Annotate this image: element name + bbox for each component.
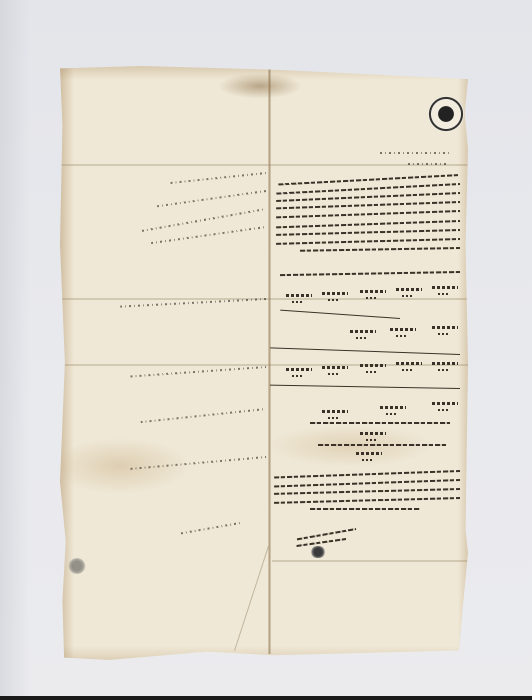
horizontal-fold-line (60, 164, 468, 166)
faded-text-line (130, 456, 266, 470)
table-entry (432, 402, 458, 412)
text-line (274, 488, 460, 494)
table-rule (270, 385, 460, 389)
table-entry (360, 290, 386, 300)
table-rule (270, 347, 460, 355)
table-entry (396, 288, 422, 298)
table-entry (356, 452, 382, 462)
table-entry (390, 328, 416, 338)
horizontal-fold-line (272, 560, 468, 562)
text-line (310, 422, 450, 424)
table-entry (322, 292, 348, 302)
text-line (274, 497, 460, 503)
table-entry (432, 362, 458, 372)
seal-stamp (310, 546, 326, 558)
faded-text-line (170, 172, 266, 184)
text-line (276, 229, 460, 235)
faded-text-line (151, 226, 266, 244)
header-line (408, 163, 448, 165)
table-row-header (280, 271, 460, 276)
table-entry (350, 330, 376, 340)
table-entry (432, 326, 458, 336)
text-line (276, 210, 460, 218)
bottom-border (0, 696, 532, 700)
table-entry (432, 286, 458, 296)
faded-text-line (130, 366, 266, 377)
official-seal-icon (428, 96, 464, 132)
table-entry (380, 406, 406, 416)
table-entry (396, 362, 422, 372)
header-line (380, 152, 450, 154)
faded-signature (181, 522, 240, 534)
faded-seal-stamp (68, 558, 86, 574)
table-entry (286, 294, 312, 304)
table-rule (280, 310, 400, 319)
text-line (276, 201, 460, 209)
vertical-fold-line (268, 66, 271, 654)
table-entry (286, 368, 312, 378)
signature (297, 528, 356, 540)
text-line (318, 444, 448, 446)
signature (296, 538, 346, 547)
text-line (276, 220, 460, 228)
document-paper (60, 66, 468, 660)
table-entry (322, 410, 348, 420)
text-line (274, 470, 460, 478)
faded-text-line (157, 190, 266, 207)
faded-text-line (141, 408, 267, 423)
text-line (276, 238, 460, 244)
text-line (274, 479, 460, 487)
text-line (276, 192, 460, 202)
table-entry (360, 364, 386, 374)
table-entry (360, 432, 386, 442)
paper-crease (234, 546, 269, 651)
table-entry (322, 366, 348, 376)
text-line (300, 247, 460, 251)
background-shadow (0, 0, 30, 700)
text-line (310, 508, 420, 510)
